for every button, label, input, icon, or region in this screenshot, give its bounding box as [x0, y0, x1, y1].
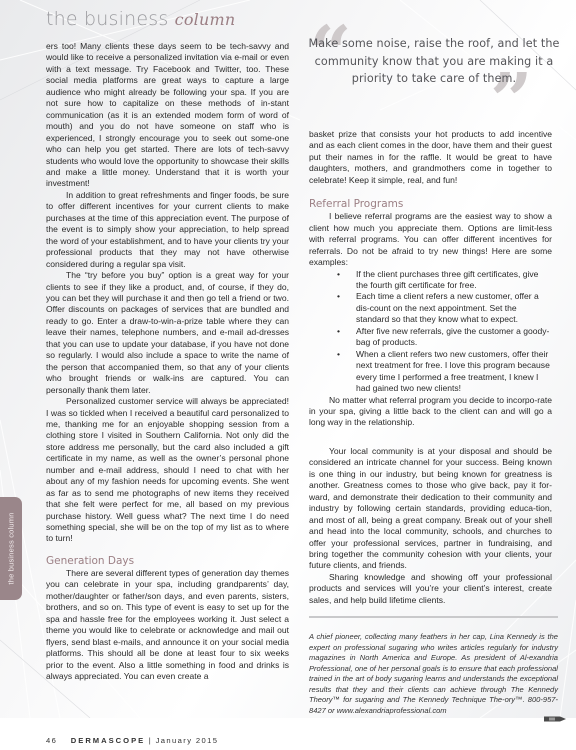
paragraph: No matter what referral program you deci… — [309, 395, 552, 429]
referral-examples-list: If the client purchases three gift certi… — [337, 269, 552, 395]
paragraph: basket prize that consists your hot prod… — [309, 129, 552, 186]
issue-date: January 2015 — [156, 736, 219, 745]
page-number: 46 — [46, 736, 57, 745]
list-item: If the client purchases three gift certi… — [337, 269, 552, 292]
side-section-tab: the business column — [0, 497, 22, 600]
section-title-plain: the business — [46, 8, 175, 30]
magazine-name: DERMASCOPE — [71, 736, 145, 745]
subheading-referral-programs: Referral Programs — [309, 197, 552, 211]
page-footer: 46 DERMASCOPE | January 2015 — [46, 736, 218, 745]
list-item: Each time a client refers a new customer… — [337, 291, 552, 325]
paragraph: ers too! Many clients these days seem to… — [46, 41, 289, 190]
paragraph: I believe referral programs are the easi… — [309, 211, 552, 268]
paragraph: Personalized customer service will alway… — [46, 396, 289, 545]
list-item: After five new referrals, give the custo… — [337, 326, 552, 349]
paragraph: Sharing knowledge and showing off your p… — [309, 572, 552, 606]
paragraph: In addition to great refreshments and fi… — [46, 190, 289, 270]
list-item: When a client refers two new customers, … — [337, 349, 552, 395]
section-title-script: column — [175, 10, 236, 29]
paragraph: The “try before you buy” option is a gre… — [46, 270, 289, 396]
paragraph: There are several different types of gen… — [46, 568, 289, 683]
subheading-generation-days: Generation Days — [46, 554, 289, 568]
side-section-tab-label: the business column — [7, 512, 16, 584]
divider — [309, 616, 558, 618]
end-of-article-icon — [544, 716, 566, 722]
left-column: ers too! Many clients these days seem to… — [46, 41, 289, 682]
pull-quote: Make some noise, raise the roof, and let… — [305, 35, 563, 88]
section-title: the business column — [46, 8, 235, 30]
right-column: basket prize that consists your hot prod… — [309, 129, 552, 606]
paragraph: Your local community is at your disposal… — [309, 446, 552, 572]
author-bio: A chief pioneer, collecting many feather… — [309, 632, 558, 716]
footer-separator: | — [149, 736, 152, 745]
